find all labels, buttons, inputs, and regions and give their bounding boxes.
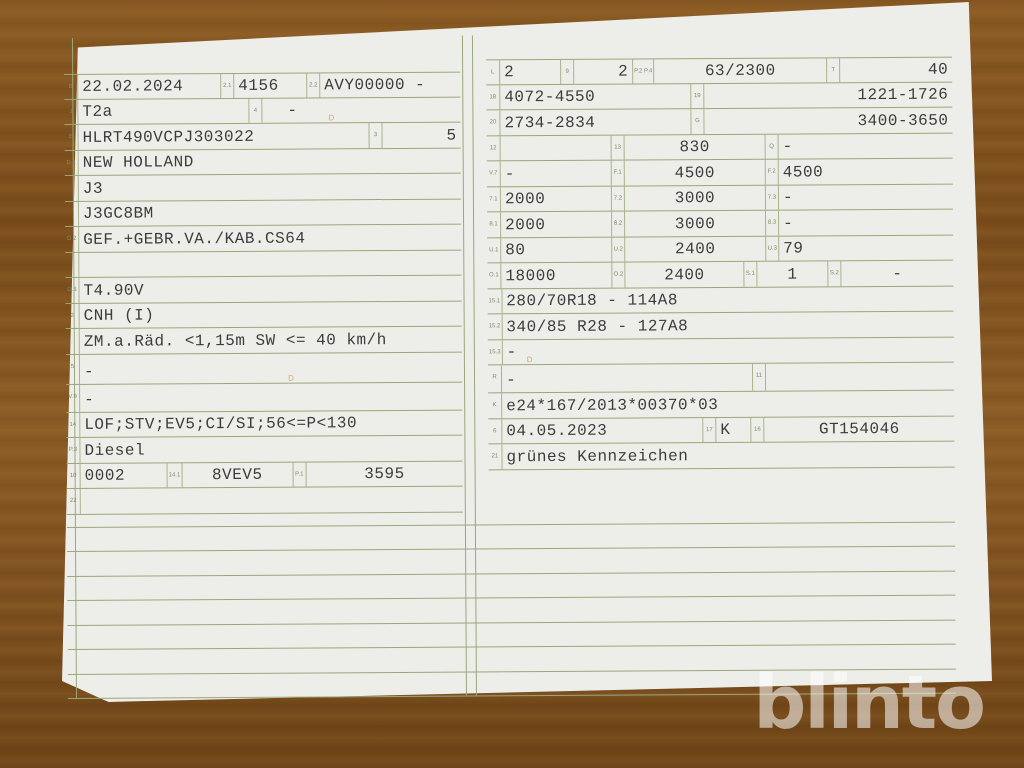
field-label: 8.3	[765, 211, 779, 236]
field-row-K: K e24*167/2013*00370*03	[488, 391, 954, 419]
field-label	[65, 176, 79, 201]
field-label: P.1	[292, 462, 306, 487]
field-row-14: 14 LOF;STV;EV5;CI/SI;56<=P<130	[66, 410, 462, 438]
field-label: Q	[765, 134, 779, 159]
field-value-axle-load-3: -	[779, 188, 953, 210]
field-label: U.2	[611, 237, 625, 262]
field-label: 6	[488, 419, 502, 444]
field-row-8-1: 8.1 2000 8.2 3000 8.3 -	[487, 210, 953, 238]
field-row-D1: D.1 NEW HOLLAND	[65, 148, 461, 176]
field-row-12: 12 13 830 Q -	[487, 133, 953, 161]
field-row-E: E HLRT490VCPJ303022 3 5	[64, 123, 460, 151]
field-value-manufacturer: CNH (I)	[80, 305, 462, 328]
field-label: 2	[66, 303, 80, 328]
blinto-watermark-logo: blinto	[753, 660, 984, 746]
field-value-noise-rpm: 2400	[625, 240, 765, 262]
field-value-emission-code-short: 8VEV5	[182, 466, 292, 488]
field-value-type-code: AVY00000 -	[320, 75, 460, 97]
field-value-make: NEW HOLLAND	[79, 152, 461, 175]
field-label: U.1	[487, 238, 501, 263]
field-value-commercial-name: T4.90V	[79, 279, 461, 302]
field-value-empty-mass: 3400-3650	[704, 111, 952, 134]
field-value-type-approval-date: 04.05.2023	[502, 421, 702, 443]
field-row-J: J T2a 4 - D	[64, 97, 460, 125]
field-value-remarks-plate: grünes Kennzeichen	[502, 445, 954, 469]
field-value-displacement: 3595	[306, 465, 462, 487]
field-label: D.3	[65, 278, 79, 303]
field-label: F.1	[611, 161, 625, 186]
field-label: 19	[690, 84, 704, 109]
field-label	[66, 329, 80, 354]
field-label: D.2	[65, 227, 79, 252]
field-row-6: 6 04.05.2023 17 K 16 GT154046	[488, 416, 954, 444]
field-value-max-mass: 4500	[625, 163, 765, 185]
field-value-width: 1221-1726	[704, 86, 952, 109]
field-value-vehicle-class: T2a	[78, 102, 248, 124]
field-label: 17	[702, 418, 716, 443]
field-label: 2.2	[306, 73, 320, 97]
field-value-stationary-noise: 80	[501, 241, 611, 263]
field-label: 20	[486, 110, 500, 135]
field-value-variant: J3GC8BM	[79, 203, 461, 226]
field-label: L	[486, 60, 500, 84]
field-label: F.2	[765, 160, 779, 185]
field-row-7-1: 7.1 2000 7.2 3000 7.3 -	[487, 184, 953, 212]
field-row-L: L 2 9 2 P.2 P.4 63/2300 T 40	[486, 57, 952, 85]
left-column: B 22.02.2024 2.1 4156 2.2 AVY00000 - J T…	[64, 72, 463, 515]
field-label: 11	[752, 364, 766, 391]
d-watermark-mark: D	[328, 113, 334, 122]
field-label: U.3	[765, 236, 779, 261]
field-row-15-1: 15.1 280/70R18 - 114A8	[487, 286, 953, 314]
field-value-vehicle-type: ZM.a.Räd. <1,15m SW <= 40 km/h	[80, 330, 462, 353]
field-value-5: -	[80, 362, 98, 383]
field-row-vehicle-type: ZM.a.Räd. <1,15m SW <= 40 km/h	[66, 327, 462, 355]
field-value-max-mass-country: 4500	[779, 162, 953, 184]
field-label: 15.2	[488, 314, 503, 339]
field-label: 3	[368, 123, 382, 148]
field-value-length: 4072-4550	[500, 87, 690, 109]
field-row-18: 18 4072-4550 19 1221-1726	[486, 82, 952, 110]
field-value-axle-load-country-2: 3000	[625, 214, 765, 236]
d-watermark-mark: D	[288, 373, 294, 382]
field-row-U1: U.1 80 U.2 2400 U.3 79	[487, 235, 953, 263]
d-watermark-mark: D	[527, 355, 533, 364]
field-label: E	[64, 125, 78, 150]
field-value-version: GEF.+GEBR.VA./KAB.CS64	[79, 228, 461, 251]
field-value-trailer-unbraked: 2400	[625, 265, 743, 287]
field-value-first-registration-date: 22.02.2024	[78, 77, 220, 99]
field-value-axle-load-country-3: -	[779, 213, 953, 235]
field-value-axle-load-country-1: 2000	[501, 215, 611, 237]
field-value-standing-places: -	[841, 264, 953, 286]
field-value-fuel-type: Diesel	[80, 439, 462, 462]
field-value-power-weight-ratio: -	[779, 137, 953, 159]
field-value-fuel-code: 0002	[81, 466, 167, 488]
field-label: 2.1	[220, 74, 234, 98]
field-row-15-3: 15.3 - D	[488, 337, 954, 365]
field-label: 15.3	[488, 340, 503, 365]
field-value-manufacturer-code: 4156	[234, 76, 306, 97]
field-label: K	[488, 393, 502, 418]
field-row-5: 5 - D	[66, 352, 462, 384]
field-value-height: 2734-2834	[500, 113, 690, 135]
field-label: P.3	[66, 438, 80, 463]
registration-form: B 22.02.2024 2.1 4156 2.2 AVY00000 - J T…	[64, 43, 956, 698]
field-value-tyre-axle-1: 280/70R18 - 114A8	[502, 290, 953, 314]
field-label: 14.1	[167, 463, 183, 488]
field-label: 21	[488, 444, 502, 469]
field-value-color: -	[502, 370, 752, 393]
field-value-power-rpm: 63/2300	[654, 61, 826, 83]
field-value-vin: HLRT490VCPJ303022	[78, 127, 368, 150]
field-label: 8.1	[487, 212, 501, 237]
field-row-2: 2 CNH (I)	[66, 301, 462, 329]
field-value-type: J3	[79, 177, 461, 200]
field-label	[65, 252, 79, 277]
field-row-B: B 22.02.2024 2.1 4156 2.2 AVY00000 -	[64, 72, 460, 100]
field-label: D.1	[65, 150, 79, 175]
field-value-tyre-axle-2: 340/85 R28 - 127A8	[502, 315, 953, 339]
field-row-10: 10 0002 14.1 8VEV5 P.1 3595	[67, 461, 463, 489]
field-value-driven-axles: 2	[574, 62, 632, 83]
field-value-axle-load-2: 3000	[625, 189, 765, 211]
field-label: V.7	[487, 161, 501, 186]
field-value-co2: -	[501, 164, 611, 186]
field-label: 14	[66, 412, 80, 437]
field-label: V.9	[66, 384, 80, 411]
field-value-operating-permit: K	[716, 421, 750, 442]
field-value-document-number: GT154046	[764, 420, 954, 442]
field-value-type-approval-number: e24*167/2013*00370*03	[502, 394, 954, 418]
field-label: G	[690, 109, 704, 134]
field-value-axles: 2	[500, 62, 560, 83]
field-label: J	[64, 99, 78, 124]
field-value-emission-code: LOF;STV;EV5;CI/SI;56<=P<130	[80, 414, 462, 437]
field-label: 9	[560, 60, 574, 84]
field-value-driving-noise: 79	[779, 239, 953, 261]
field-label: 7.1	[487, 187, 501, 212]
field-label: O.1	[487, 263, 501, 288]
field-label: 7.2	[611, 186, 625, 211]
field-row-V9: V.9 -	[66, 382, 462, 412]
field-label: B	[64, 75, 78, 99]
field-row-15-2: 15.2 340/85 R28 - 127A8	[488, 312, 954, 340]
field-value-tyre-axle-3: -	[502, 343, 520, 364]
field-label: S.2	[827, 261, 841, 286]
field-row-20: 20 2734-2834 G 3400-3650	[486, 108, 952, 136]
field-label: 16	[750, 417, 764, 442]
field-row-D3: D.3 T4.90V	[65, 276, 461, 304]
field-label: S.1	[743, 262, 757, 287]
field-label: R	[488, 365, 502, 392]
field-row-type: J3	[65, 174, 461, 202]
field-row-D2: D.2 GEF.+GEBR.VA./KAB.CS64	[65, 225, 461, 253]
field-label: 18	[486, 85, 500, 110]
field-label: 10	[67, 463, 81, 488]
field-value-body-type: -	[262, 101, 322, 122]
field-label: 13	[611, 135, 625, 160]
field-value-check-digit: 5	[382, 126, 460, 147]
field-label: 12	[487, 136, 501, 161]
field-row-empty	[65, 250, 461, 278]
field-value-seats: 1	[757, 265, 827, 286]
field-label: 4	[248, 98, 262, 123]
right-column: L 2 9 2 P.2 P.4 63/2300 T 40 18 4072-455…	[486, 57, 954, 470]
field-label: 15.1	[487, 289, 502, 314]
field-row-variant: J3GC8BM	[65, 199, 461, 227]
field-value-max-speed: 40	[840, 60, 952, 82]
field-label: O.2	[611, 263, 625, 288]
field-value-trailer-braked: 18000	[501, 266, 611, 288]
field-label: T	[826, 58, 840, 82]
field-row-R: R - 11	[488, 363, 954, 394]
field-label: 5	[66, 354, 80, 383]
field-label: P.2 P.4	[632, 59, 654, 83]
field-label	[65, 201, 79, 226]
field-row-O1: O.1 18000 O.2 2400 S.1 1 S.2 -	[487, 261, 953, 289]
field-row-P3: P.3 Diesel	[66, 436, 462, 464]
field-label: 8.2	[611, 212, 625, 237]
field-value-axle-load-1: 2000	[501, 190, 611, 212]
field-row-V7: V.7 - F.1 4500 F.2 4500	[487, 159, 953, 187]
field-row-21: 21 grünes Kennzeichen	[488, 442, 954, 470]
field-label: 7.3	[765, 185, 779, 210]
field-value-emission-class: -	[80, 388, 462, 411]
field-value-support-load: 830	[625, 138, 765, 160]
